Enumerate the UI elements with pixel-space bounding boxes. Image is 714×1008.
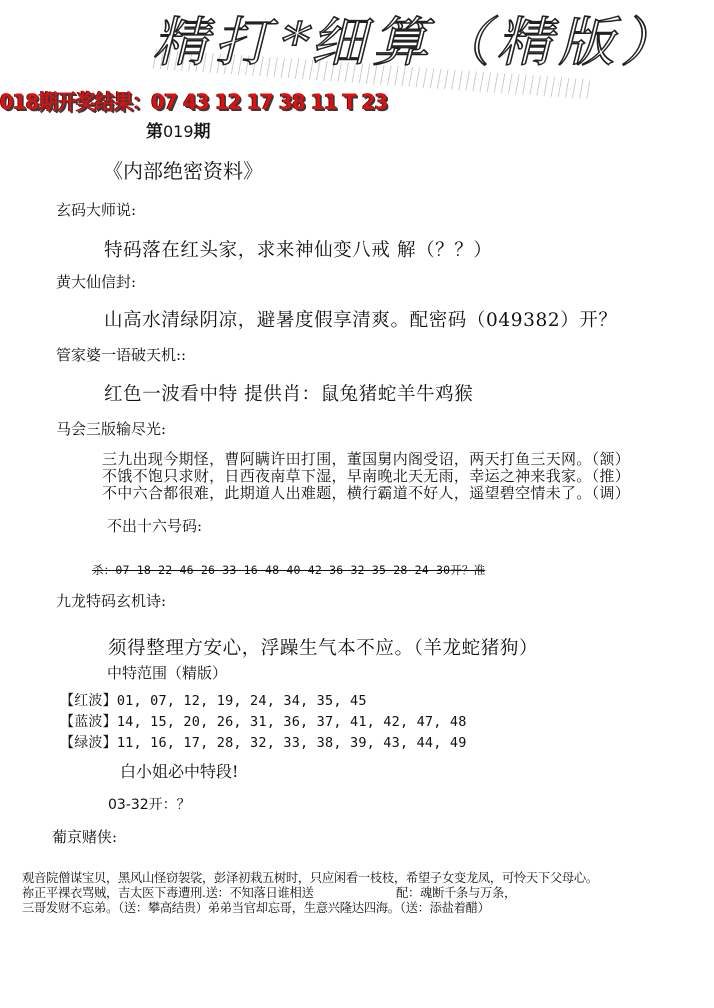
footer-line: 配：魂断千条与万条， xyxy=(396,886,516,901)
mahui-poem: 三九出现今期怪，曹阿瞒许田打围，董国舅内阁受诏，两天打鱼三天网。（颔） 不饿不饱… xyxy=(102,451,630,502)
segment-text: 03-32开：？ xyxy=(108,794,191,814)
wave-numbers: 01, 07, 12, 19, 24, 34, 35, 45 xyxy=(117,693,367,709)
wave-name: 【蓝波】 xyxy=(60,714,117,730)
footer-line: 三哥发财不忘弟。（送：攀高结贵）弟弟当官却忘哥，生意兴隆达四海。（送：添盐着醋） xyxy=(22,901,490,916)
jiulong-label: 九龙特码玄机诗: xyxy=(56,590,166,611)
guanjiapo-label: 管家婆一语破天机:: xyxy=(56,344,186,365)
wave-blue: 【蓝波】14, 15, 20, 26, 31, 36, 37, 41, 42, … xyxy=(60,711,467,731)
huangdaxian-label: 黄大仙信封: xyxy=(56,271,136,292)
pujing-label: 葡京赌侠: xyxy=(52,826,117,847)
wave-numbers: 14, 15, 20, 26, 31, 36, 37, 41, 42, 47, … xyxy=(117,714,467,730)
kill-prefix: 杀： xyxy=(92,563,115,577)
wave-red: 【红波】01, 07, 12, 19, 24, 34, 35, 45 xyxy=(60,690,367,710)
section-title: 《内部绝密资料》 xyxy=(103,155,263,184)
title-artwork: 精打*细算（精版） xyxy=(150,17,693,70)
footer-line: 观音院僧谋宝贝，黑风山怪窃袈裟，彭泽初栽五树时，只应闲看一枝枝，希望子女变龙凤，… xyxy=(22,871,598,886)
result-banner: 018期开奖结果：07 43 12 17 38 11 T 23 xyxy=(0,86,388,116)
period-prefix: 第 xyxy=(146,122,163,142)
bai-xiaojie-text: 白小姐必中特段! xyxy=(120,759,238,782)
xuanma-label: 玄码大师说: xyxy=(56,199,136,220)
poem-line: 不中六合都很难，此期道人出难题，横行霸道不好人，遥望碧空情未了。（调） xyxy=(102,485,630,502)
period-heading: 第019期 xyxy=(146,117,211,142)
jiulong-poem: 须得整理方安心，浮躁生气本不应。（羊龙蛇猪狗） xyxy=(108,634,538,660)
guanjiapo-text: 红色一波看中特 提供肖：鼠兔猪蛇羊牛鸡猴 xyxy=(104,380,473,406)
wave-green: 【绿波】11, 16, 17, 28, 32, 33, 38, 39, 43, … xyxy=(60,732,467,752)
kill-numbers: 07 18 22 46 26 33 16 48 40 42 36 32 35 2… xyxy=(115,563,450,577)
poem-line: 不饿不饱只求财，日西夜南草下湿，早南晚北天无雨，幸运之神来我家。（推） xyxy=(102,468,630,485)
kill-suffix: 开？准 xyxy=(450,563,485,577)
no-16-label: 不出十六号码: xyxy=(107,515,202,536)
period-suffix: 期 xyxy=(194,122,211,142)
huangdaxian-text: 山高水清绿阴凉，避暑度假享清爽。配密码（049382）开？ xyxy=(104,306,618,332)
wave-name: 【红波】 xyxy=(60,693,117,709)
xuanma-text: 特码落在红头家，求来神仙变八戒 解（？？） xyxy=(104,236,492,262)
mahui-label: 马会三版输尽光: xyxy=(56,418,166,439)
range-label: 中特范围（精版） xyxy=(107,662,227,683)
kill-line: 杀：07 18 22 46 26 33 16 48 40 42 36 32 35… xyxy=(92,562,485,578)
period-number: 019 xyxy=(163,122,194,141)
wave-name: 【绿波】 xyxy=(60,735,117,751)
poem-line: 三九出现今期怪，曹阿瞒许田打围，董国舅内阁受诏，两天打鱼三天网。（颔） xyxy=(102,451,630,468)
footer-line: 祢正平裸衣骂贼，吉太医下毒遭刑.送：不知落日谁相送 xyxy=(22,886,314,901)
wave-numbers: 11, 16, 17, 28, 32, 33, 38, 39, 43, 44, … xyxy=(117,735,467,751)
